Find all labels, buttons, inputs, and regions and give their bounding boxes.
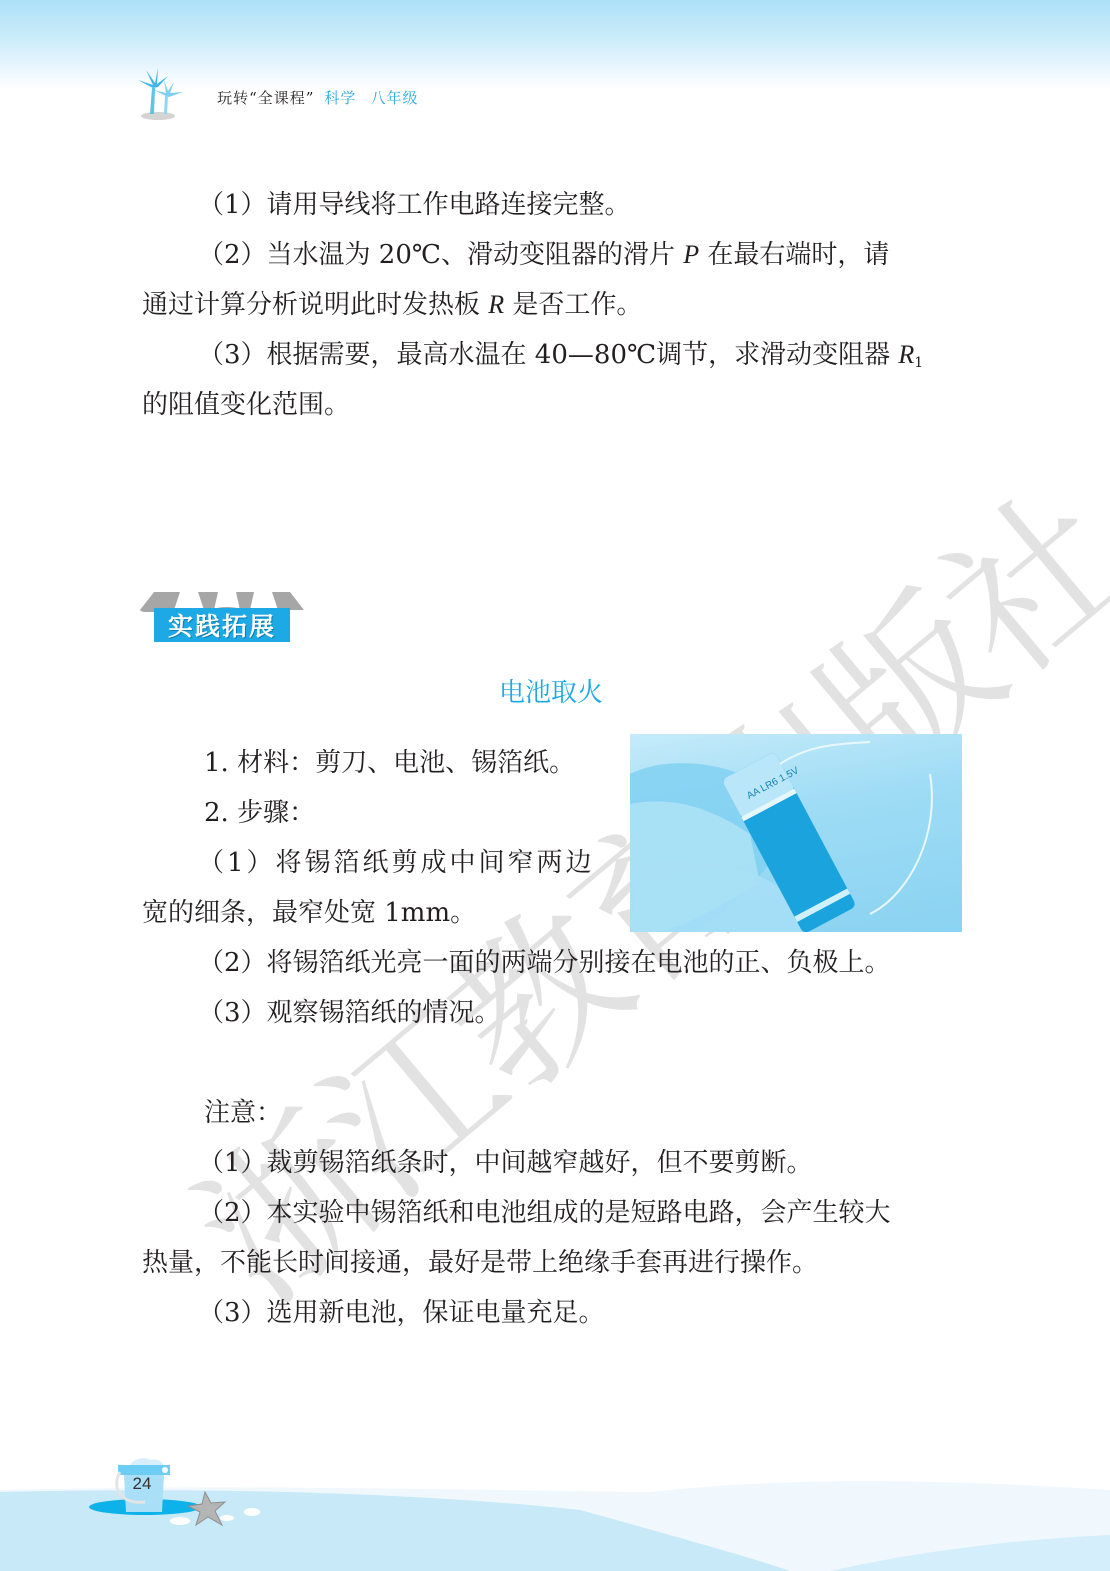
step-1-line-1: （1）将锡箔纸剪成中间窄两边 — [198, 838, 595, 888]
subject-label: 科学 — [324, 89, 356, 107]
step-text: 将锡箔纸剪成中间窄两边 — [276, 848, 595, 878]
step-text: 观察锡箔纸的情况。 — [267, 998, 501, 1028]
question-3-line-2: 的阻值变化范围。 — [142, 380, 350, 430]
note-text: 本实验中锡箔纸和电池组成的是短路电路，会产生较大 — [267, 1198, 891, 1228]
footer-wave-decoration — [0, 1440, 1110, 1571]
question-1: （1）请用导线将工作电路连接完整。 — [198, 180, 631, 230]
notes-label: 注意： — [204, 1088, 282, 1138]
question-number: （3） — [198, 340, 267, 370]
materials: 1. 材料：剪刀、电池、锡箔纸。 — [204, 738, 575, 788]
subscript: 1 — [914, 355, 923, 371]
question-number: （1） — [198, 190, 267, 220]
question-text: 的阻值变化范围。 — [142, 390, 350, 420]
question-text: 是否工作。 — [504, 290, 642, 320]
note-1: （1）裁剪锡箔纸条时，中间越窄越好，但不要剪断。 — [198, 1138, 813, 1188]
note-number: （1） — [198, 1148, 267, 1178]
steps-label: 2. 步骤： — [204, 788, 315, 838]
badge-label: 实践拓展 — [154, 608, 290, 642]
note-2-line-2: 热量，不能长时间接通，最好是带上绝缘手套再进行操作。 — [142, 1238, 818, 1288]
question-2-line-2: 通过计算分析说明此时发热板 R 是否工作。 — [142, 280, 642, 330]
running-header: 玩转“全课程”科学八年级 — [128, 66, 418, 122]
step-3: （3）观察锡箔纸的情况。 — [198, 988, 501, 1038]
question-text: 在最右端时，请 — [699, 240, 889, 270]
question-number: （2） — [198, 240, 267, 270]
question-text: 根据需要，最高水温在 40—80℃调节，求滑动变阻器 — [267, 340, 899, 370]
section-title: 电池取火 — [0, 672, 1110, 709]
variable-r1: R — [898, 340, 914, 369]
step-1-line-2: 宽的细条，最窄处宽 1mm。 — [142, 888, 476, 938]
battery-photo: AA LR6 1.5V — [630, 734, 962, 932]
palm-tree-icon — [128, 66, 190, 122]
question-text: 通过计算分析说明此时发热板 — [142, 290, 488, 320]
note-3: （3）选用新电池，保证电量充足。 — [198, 1288, 605, 1338]
question-text: 当水温为 20℃、滑动变阻器的滑片 — [267, 240, 684, 270]
note-number: （3） — [198, 1298, 267, 1328]
step-number: （2） — [198, 948, 267, 978]
note-text: 裁剪锡箔纸条时，中间越窄越好，但不要剪断。 — [267, 1148, 813, 1178]
step-number: （3） — [198, 998, 267, 1028]
variable-p: P — [683, 240, 699, 269]
question-text: 请用导线将工作电路连接完整。 — [267, 190, 631, 220]
series-title: 玩转“全课程” — [217, 89, 314, 107]
section-title-text: 电池取火 — [499, 678, 603, 708]
variable-r: R — [488, 290, 504, 319]
step-number: （1） — [198, 848, 276, 878]
step-2: （2）将锡箔纸光亮一面的两端分别接在电池的正、负极上。 — [198, 938, 891, 988]
page-number: 24 — [124, 1474, 160, 1494]
practice-badge: 实践拓展 — [140, 592, 304, 644]
note-number: （2） — [198, 1198, 267, 1228]
question-2-line-1: （2）当水温为 20℃、滑动变阻器的滑片 P 在最右端时，请 — [198, 230, 889, 280]
note-2-line-1: （2）本实验中锡箔纸和电池组成的是短路电路，会产生较大 — [198, 1188, 891, 1238]
note-text: 选用新电池，保证电量充足。 — [267, 1298, 605, 1328]
step-text: 将锡箔纸光亮一面的两端分别接在电池的正、负极上。 — [267, 948, 891, 978]
grade-label: 八年级 — [370, 89, 418, 107]
